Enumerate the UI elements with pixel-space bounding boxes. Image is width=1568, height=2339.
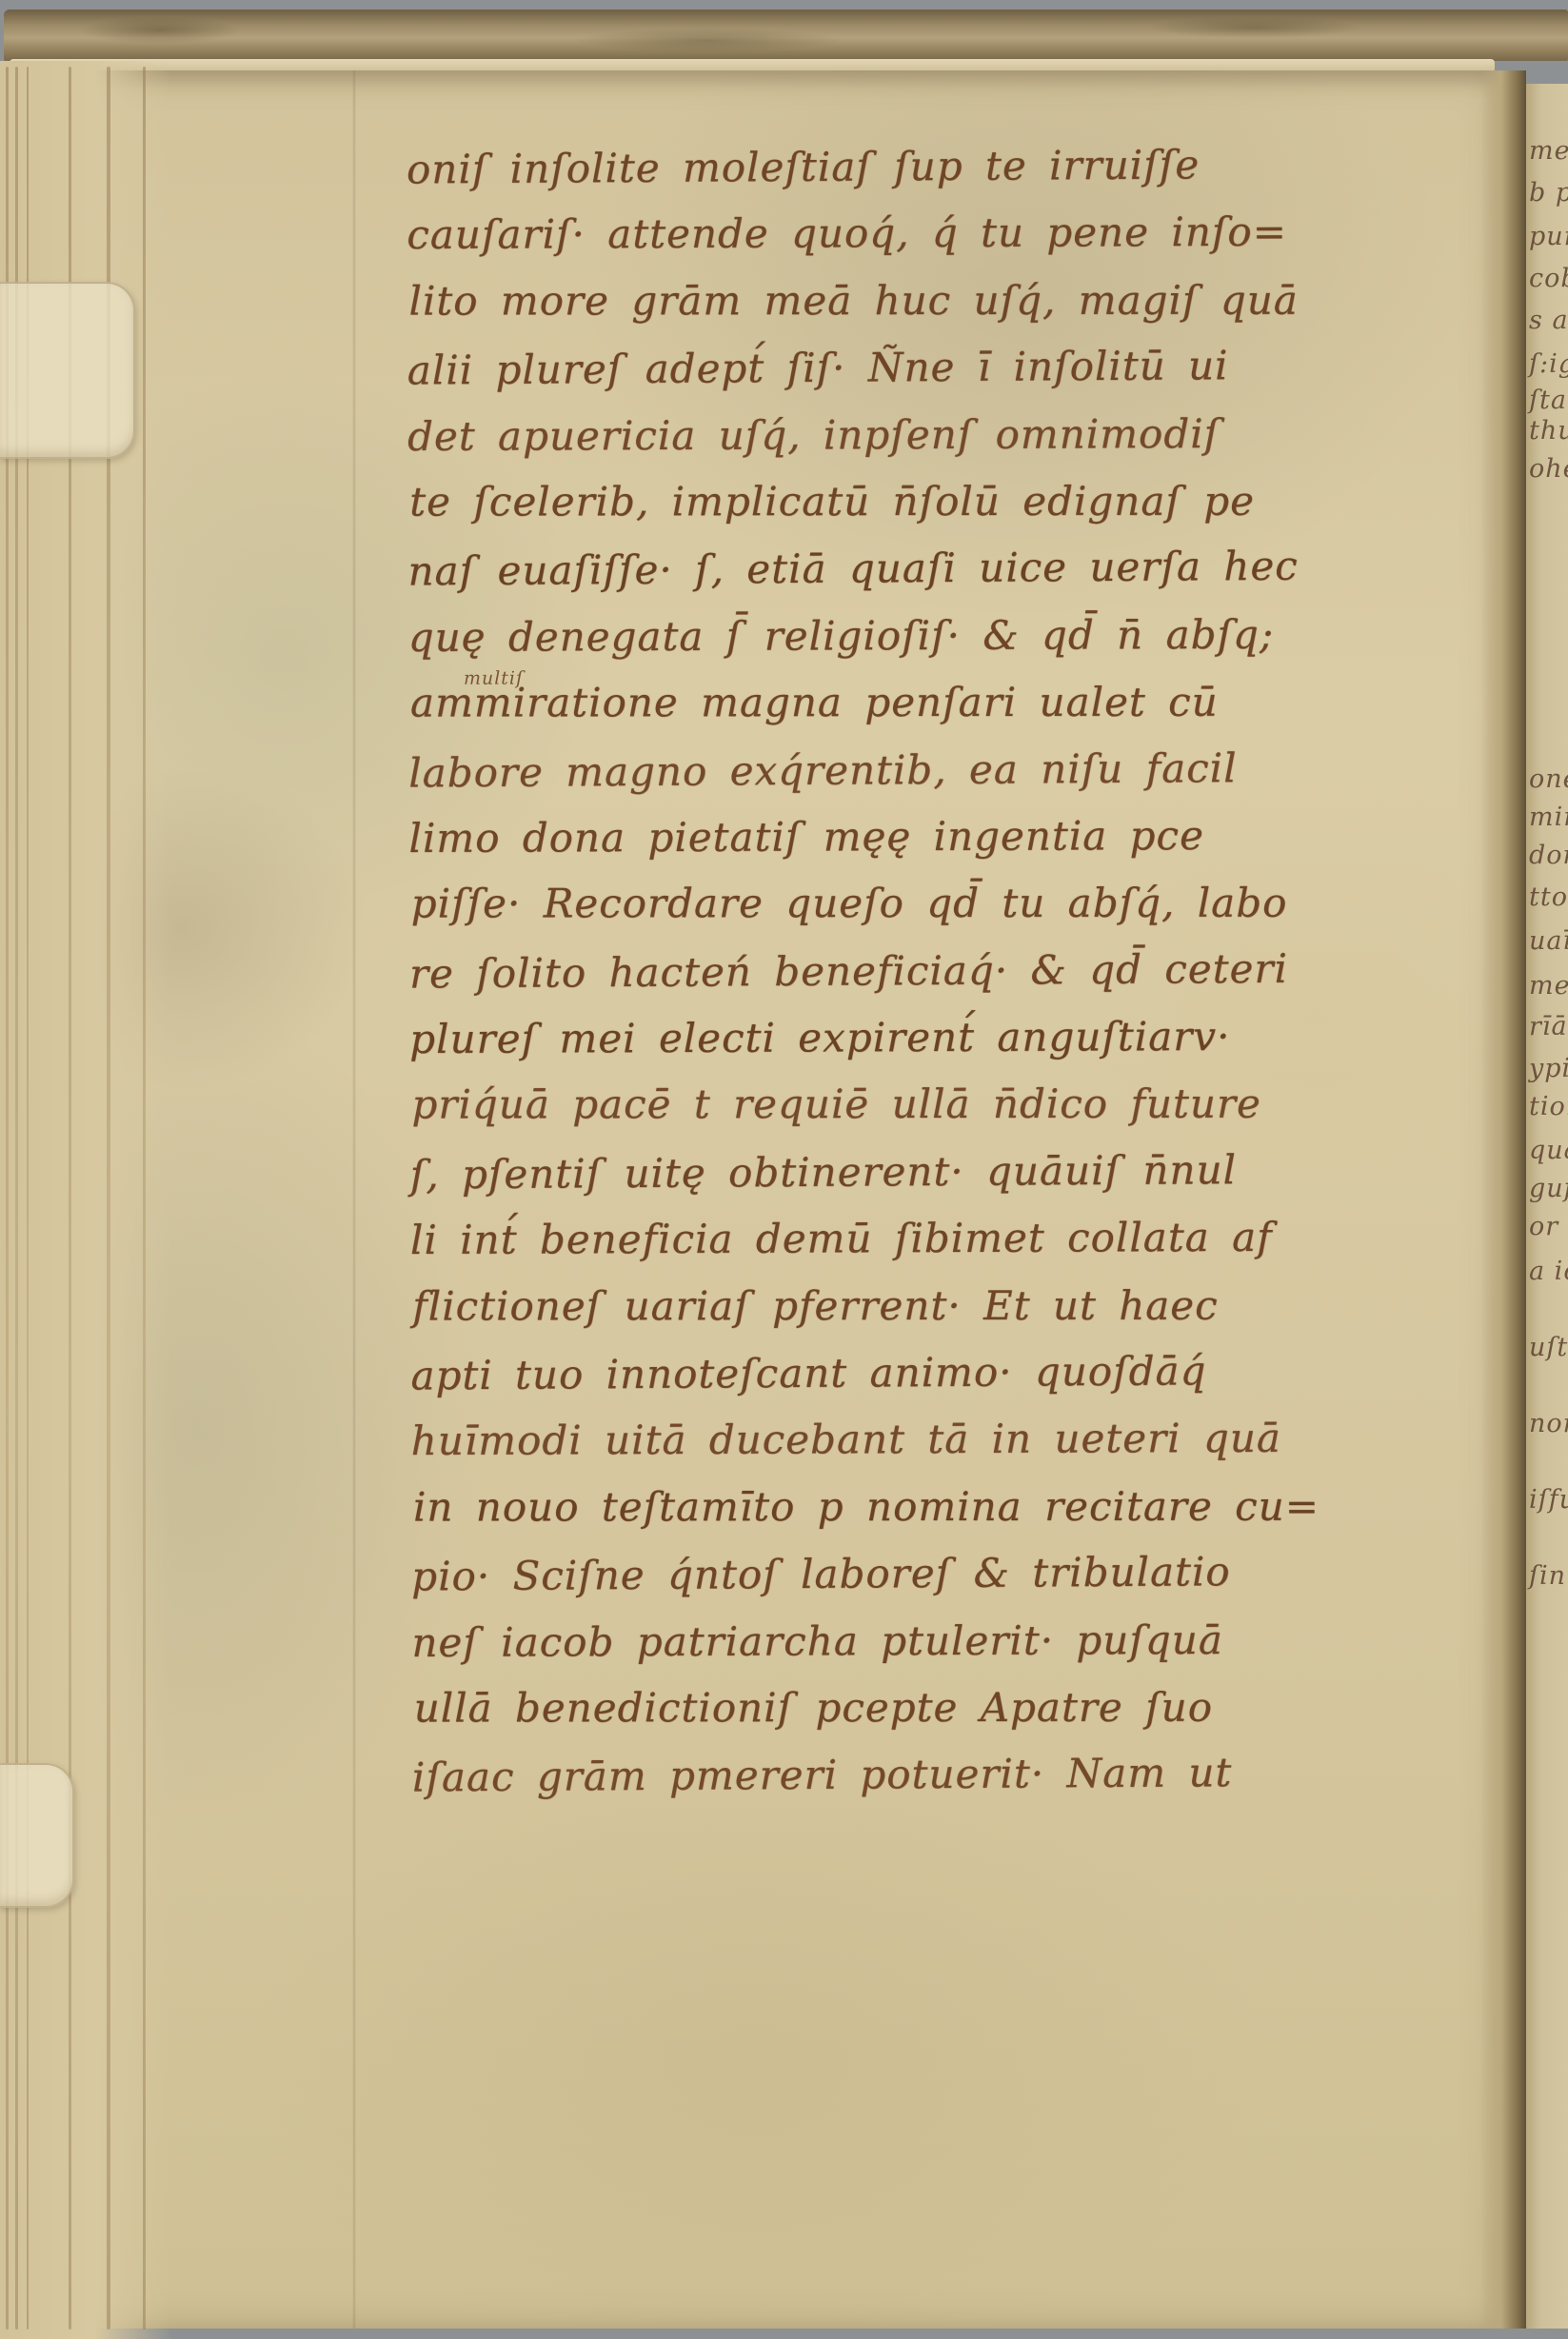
- manuscript-line: labore magno exq́rentib, ea niſu facil: [408, 733, 1484, 806]
- manuscript-line: ullā benedictioniſ pcepte Apatre ſuo: [414, 1674, 1490, 1741]
- adjacent-text-fragment: guſta: [1529, 1174, 1568, 1203]
- manuscript-line: re ſolito hacteń beneficiaq́· & qd̄ cete…: [409, 934, 1485, 1007]
- page-edges-left: [0, 61, 171, 2339]
- adjacent-text-fragment: ſta u: [1529, 386, 1568, 415]
- parchment-crease: [352, 70, 356, 2329]
- photo-backdrop: oniſ inſolite moleſtiaſ ſup te irruiſſe …: [0, 0, 1568, 2339]
- adjacent-text-fragment: uaīā q: [1529, 926, 1568, 956]
- manuscript-line: limo dona pietatiſ męę ingentia pce: [408, 802, 1484, 872]
- manuscript-line: oniſ inſolite moleſtiaſ ſup te irruiſſe: [407, 130, 1482, 204]
- adjacent-text-fragment: rīā: [1529, 1012, 1568, 1041]
- adjacent-text-fragment: minū: [1529, 803, 1568, 832]
- manuscript-line: li int́ beneficia demū ſibimet collata a…: [410, 1203, 1486, 1274]
- adjacent-text-fragment: domin: [1529, 841, 1568, 870]
- manuscript-line: neſ iacob patriarcha ptulerit· puſquā: [411, 1606, 1487, 1676]
- adjacent-text-fragment: or h: [1529, 1212, 1568, 1241]
- manuscript-line: priq́uā pacē t requiē ullā n̄dico future: [411, 1071, 1487, 1139]
- manuscript-page: oniſ inſolite moleſtiaſ ſup te irruiſſe …: [50, 70, 1523, 2329]
- adjacent-text-fragment: ypinq: [1529, 1054, 1568, 1083]
- adjacent-text-fragment: ſinut: [1529, 1561, 1568, 1591]
- adjacent-text-fragment: tto n̄: [1529, 882, 1568, 912]
- manuscript-line: pio· Sciſne q́ntoſ laboreſ & tribulatio: [411, 1537, 1487, 1611]
- page-edge-line: [143, 67, 146, 2329]
- manuscript-line: ſ, pſentiſ uitę obtinerent· quāuiſ n̄nul: [410, 1135, 1486, 1208]
- adjacent-text-fragment: pur·: [1529, 222, 1568, 251]
- adjacent-text-fragment: ohe r: [1529, 454, 1568, 484]
- manuscript-line: piſſe· Recordare queſo qd̄ tu abſq́, lab…: [411, 870, 1487, 938]
- manuscript-line: in nouo teſtamīto p nomina recitare cu=: [413, 1473, 1489, 1540]
- manuscript-line: lito more grām meā huc uſq́, magiſ quā: [409, 267, 1485, 334]
- manuscript-line: iſaac grām pmereri potuerit· Nam ut: [412, 1738, 1488, 1812]
- book-head-edge: [4, 10, 1568, 61]
- manuscript-line: te ſcelerib, implicatū n̄ſolū edignaſ pe: [409, 467, 1485, 535]
- adjacent-text-fragment: meſſ: [1529, 136, 1568, 166]
- manuscript-line: apti tuo innoteſcant animo· quoſdāq́: [410, 1337, 1486, 1410]
- adjacent-text-fragment: s au: [1529, 306, 1568, 335]
- adjacent-text-fragment: ſ:ig: [1529, 349, 1568, 379]
- fore-edge-shadow: [1480, 70, 1526, 2329]
- manuscript-line: alii plureſ adept́ ſiſ· Ñne ī inſolitū u…: [407, 331, 1483, 405]
- manuscript-line: naſ euaſiſſe· ſ, etiā quaſi uice uerſa h…: [407, 532, 1483, 605]
- adjacent-text-fragment: thuc: [1529, 416, 1568, 446]
- adjacent-page-sliver: meſſ b pb pur· cob p s au ſ:ig ſta u thu…: [1526, 84, 1568, 2329]
- adjacent-text-fragment: cob p: [1529, 264, 1568, 293]
- text-block: oniſ inſolite moleſtiaſ ſup te irruiſſe …: [407, 131, 1488, 1811]
- adjacent-text-fragment: b pb: [1529, 178, 1568, 208]
- adjacent-text-fragment: norin: [1529, 1409, 1568, 1438]
- interlinear-gloss: multiſ: [464, 668, 524, 689]
- manuscript-line: det apuericia uſq́, inpſenſ omnimodiſ: [407, 400, 1483, 470]
- adjacent-text-fragment: iſfue: [1529, 1485, 1568, 1515]
- manuscript-line: quę denegata ſ̄ religioſiſ· & qd̄ n̄ abſ…: [408, 601, 1484, 671]
- adjacent-text-fragment: quā q: [1529, 1136, 1568, 1165]
- adjacent-text-fragment: one: [1529, 764, 1568, 794]
- adjacent-text-fragment: a ioſe: [1529, 1257, 1568, 1286]
- vellum-tab-upper: [0, 282, 135, 459]
- adjacent-text-fragment: uſtae: [1529, 1333, 1568, 1362]
- adjacent-text-fragment: mente: [1529, 971, 1568, 1001]
- manuscript-line: cauſariſ· attende quoq́, q́ tu pene inſo…: [407, 198, 1482, 268]
- manuscript-line: flictioneſ uariaſ pferrent· Et ut haec: [412, 1272, 1488, 1339]
- manuscript-line: ammiratione magna penſari ualet cū: [410, 669, 1486, 737]
- vellum-tab-lower: [0, 1763, 74, 1908]
- manuscript-line: plureſ mei electi expirent́ anguſtiarv·: [409, 1002, 1485, 1073]
- manuscript-line: huīmodi uitā ducebant tā in ueteri quā: [411, 1404, 1487, 1475]
- adjacent-text-fragment: tione: [1529, 1092, 1568, 1121]
